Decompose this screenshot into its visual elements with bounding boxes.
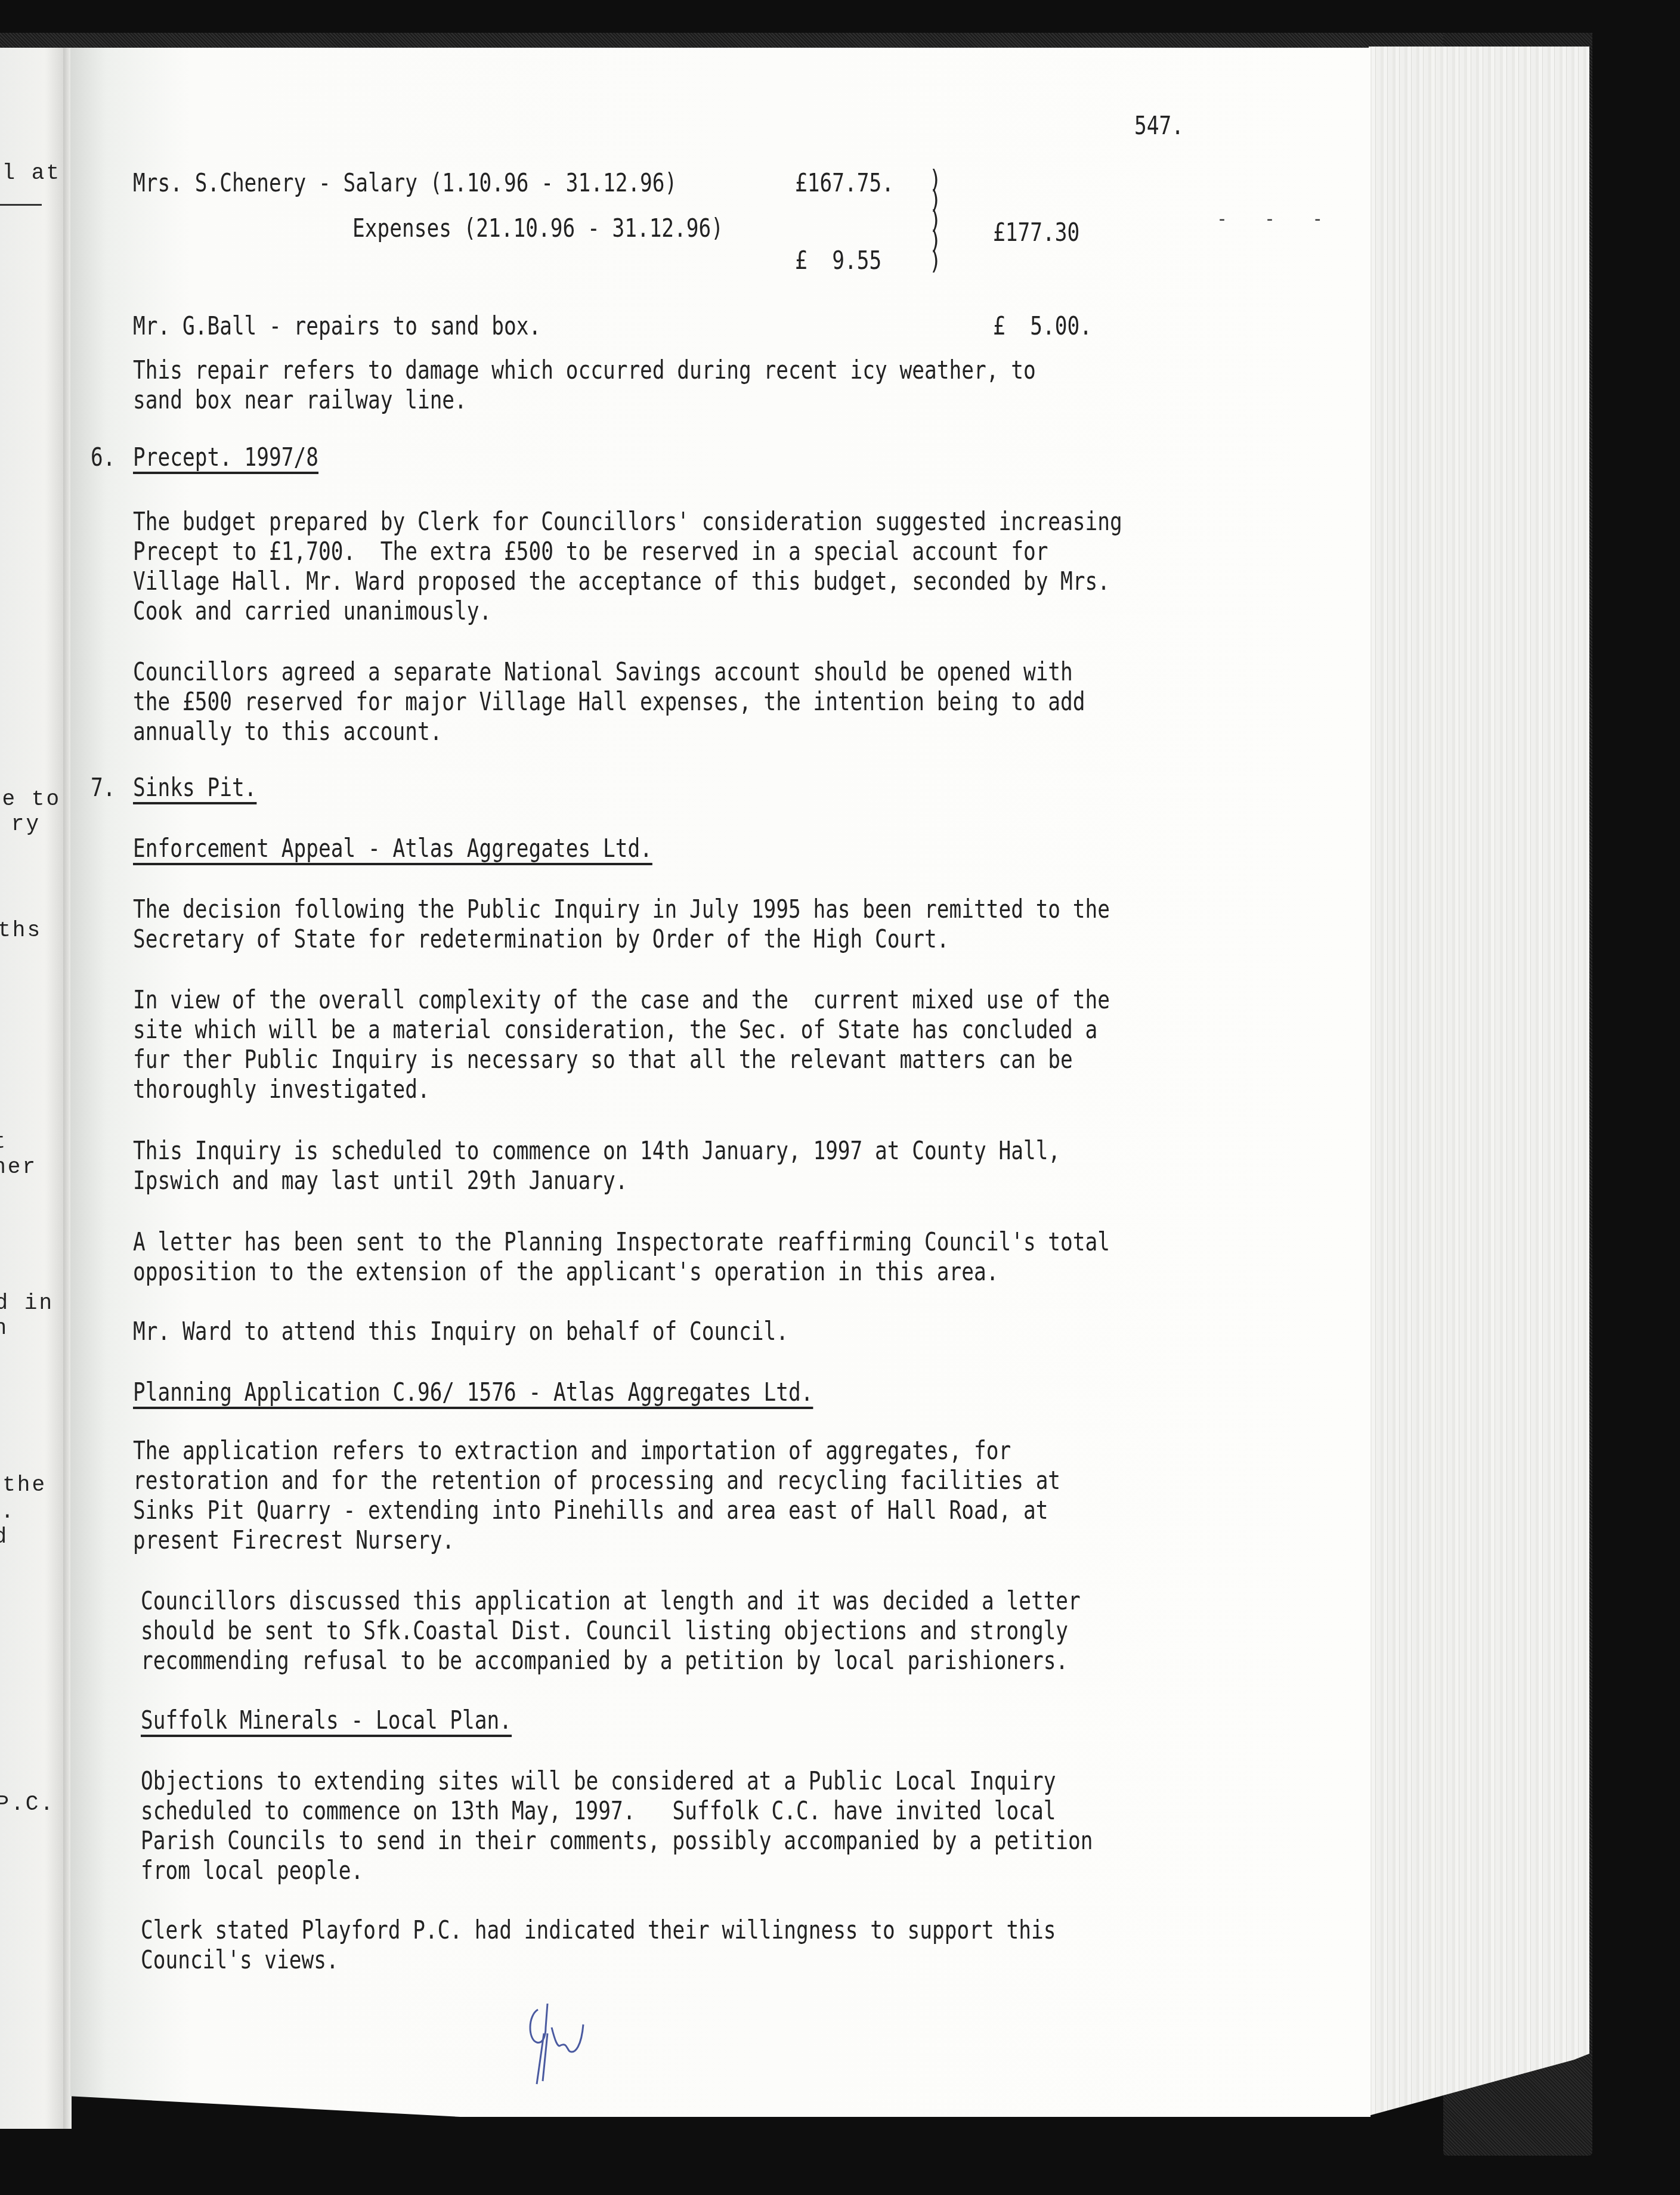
repair-note-line: This repair refers to damage which occur… — [133, 355, 1036, 385]
section-number: 7. — [91, 773, 115, 803]
planning-para-line: recommending refusal to be accompanied b… — [141, 1646, 1068, 1676]
minerals-para-line: Clerk stated Playford P.C. had indicated… — [141, 1915, 1056, 1945]
precept-para-line: the £500 reserved for major Village Hall… — [133, 687, 1085, 717]
planning-para-line: Councillors discussed this application a… — [141, 1586, 1081, 1616]
fragment-text: ed in — [0, 1291, 54, 1315]
fragment-rule — [0, 204, 42, 206]
chenery-salary-line: Mrs. S.Chenery - Salary (1.10.96 - 31.12… — [133, 168, 677, 198]
enforcement-para-line: In view of the overall complexity of the… — [133, 985, 1110, 1015]
ball-line: Mr. G.Ball - repairs to sand box. — [133, 311, 541, 341]
enforcement-para-line: The decision following the Public Inquir… — [133, 894, 1110, 924]
enforcement-para-line: Secretary of State for redetermination b… — [133, 924, 949, 954]
fragment-text: d — [0, 1525, 8, 1549]
planning-para-line: present Firecrest Nursery. — [133, 1525, 454, 1555]
fragment-text: ths — [0, 918, 42, 943]
fragment-text: e to — [2, 787, 61, 812]
ball-amount: £ 5.00. — [993, 311, 1092, 341]
page-stack-edges — [1369, 47, 1589, 2116]
precept-para-line: Village Hall. Mr. Ward proposed the acce… — [133, 566, 1110, 596]
enforcement-para-line: fur ther Public Inquiry is necessary so … — [133, 1045, 1073, 1075]
minerals-para-line: Objections to extending sites will be co… — [141, 1766, 1056, 1796]
chenery-expenses-label: Expenses (21.10.96 - 31.12.96) — [352, 213, 723, 243]
handwritten-signature — [525, 1992, 644, 2099]
planning-para-line: should be sent to Sfk.Coastal Dist. Coun… — [141, 1616, 1068, 1646]
page-number: 547. — [1134, 111, 1184, 140]
enforcement-para-line: This Inquiry is scheduled to commence on… — [133, 1136, 1060, 1166]
minerals-para-line: Council's views. — [141, 1945, 339, 1975]
planning-para-line: restoration and for the retention of pro… — [133, 1466, 1060, 1496]
repair-note-line: sand box near railway line. — [133, 385, 467, 415]
enforcement-para-line: A letter has been sent to the Planning I… — [133, 1227, 1110, 1257]
precept-para-line: The budget prepared by Clerk for Council… — [133, 507, 1122, 537]
subheading-suffolk-minerals: Suffolk Minerals - Local Plan. — [141, 1705, 512, 1735]
planning-para-line: The application refers to extraction and… — [133, 1436, 1011, 1466]
fragment-text: n — [0, 1316, 8, 1340]
section-number: 6. — [91, 442, 115, 472]
fragment-text: the — [2, 1473, 47, 1497]
minerals-para-line: Parish Councils to send in their comment… — [141, 1826, 1093, 1856]
book-gutter — [63, 48, 72, 2129]
enforcement-para-line: opposition to the extension of the appli… — [133, 1257, 998, 1287]
chenery-total: £177.30 — [993, 218, 1079, 247]
fragment-text: ll at — [0, 161, 61, 185]
chenery-salary-amount: £167.75. — [795, 168, 894, 198]
planning-para-line: Sinks Pit Quarry - extending into Pinehi… — [133, 1496, 1048, 1525]
precept-para-line: annually to this account. — [133, 717, 442, 747]
subheading-planning-application: Planning Application C.96/ 1576 - Atlas … — [133, 1377, 813, 1407]
fragment-text: ner — [0, 1155, 37, 1179]
precept-para-line: Precept to £1,700. The extra £500 to be … — [133, 537, 1048, 566]
facing-page-fragment: ll at e to ry ths t ner ed in n the e. d… — [0, 48, 64, 2129]
minerals-para-line: from local people. — [141, 1856, 363, 1886]
enforcement-para-line: Ipswich and may last until 29th January. — [133, 1166, 627, 1196]
fragment-text: t — [0, 1130, 7, 1154]
minerals-para-line: scheduled to commence on 13th May, 1997.… — [141, 1796, 1056, 1826]
enforcement-para-line: site which will be a material considerat… — [133, 1015, 1097, 1045]
chenery-expenses-amount: £ 9.55 — [795, 246, 881, 275]
enforcement-para-line: Mr. Ward to attend this Inquiry on behal… — [133, 1317, 788, 1346]
precept-para-line: Cook and carried unanimously. — [133, 596, 491, 626]
book-cover-top — [0, 33, 1592, 49]
section-title-precept: Precept. 1997/8 — [133, 442, 318, 472]
stray-marks: - - - — [1217, 209, 1336, 230]
bracket-group: ) ) ) ) ) — [929, 170, 942, 271]
fragment-text: P.C. — [0, 1792, 55, 1816]
subheading-enforcement-appeal: Enforcement Appeal - Atlas Aggregates Lt… — [133, 834, 652, 863]
precept-para-line: Councillors agreed a separate National S… — [133, 657, 1073, 687]
fragment-text: ry — [11, 812, 41, 837]
section-title-sinks-pit: Sinks Pit. — [133, 773, 256, 803]
fragment-text: e. — [0, 1500, 16, 1524]
enforcement-para-line: thoroughly investigated. — [133, 1075, 430, 1104]
